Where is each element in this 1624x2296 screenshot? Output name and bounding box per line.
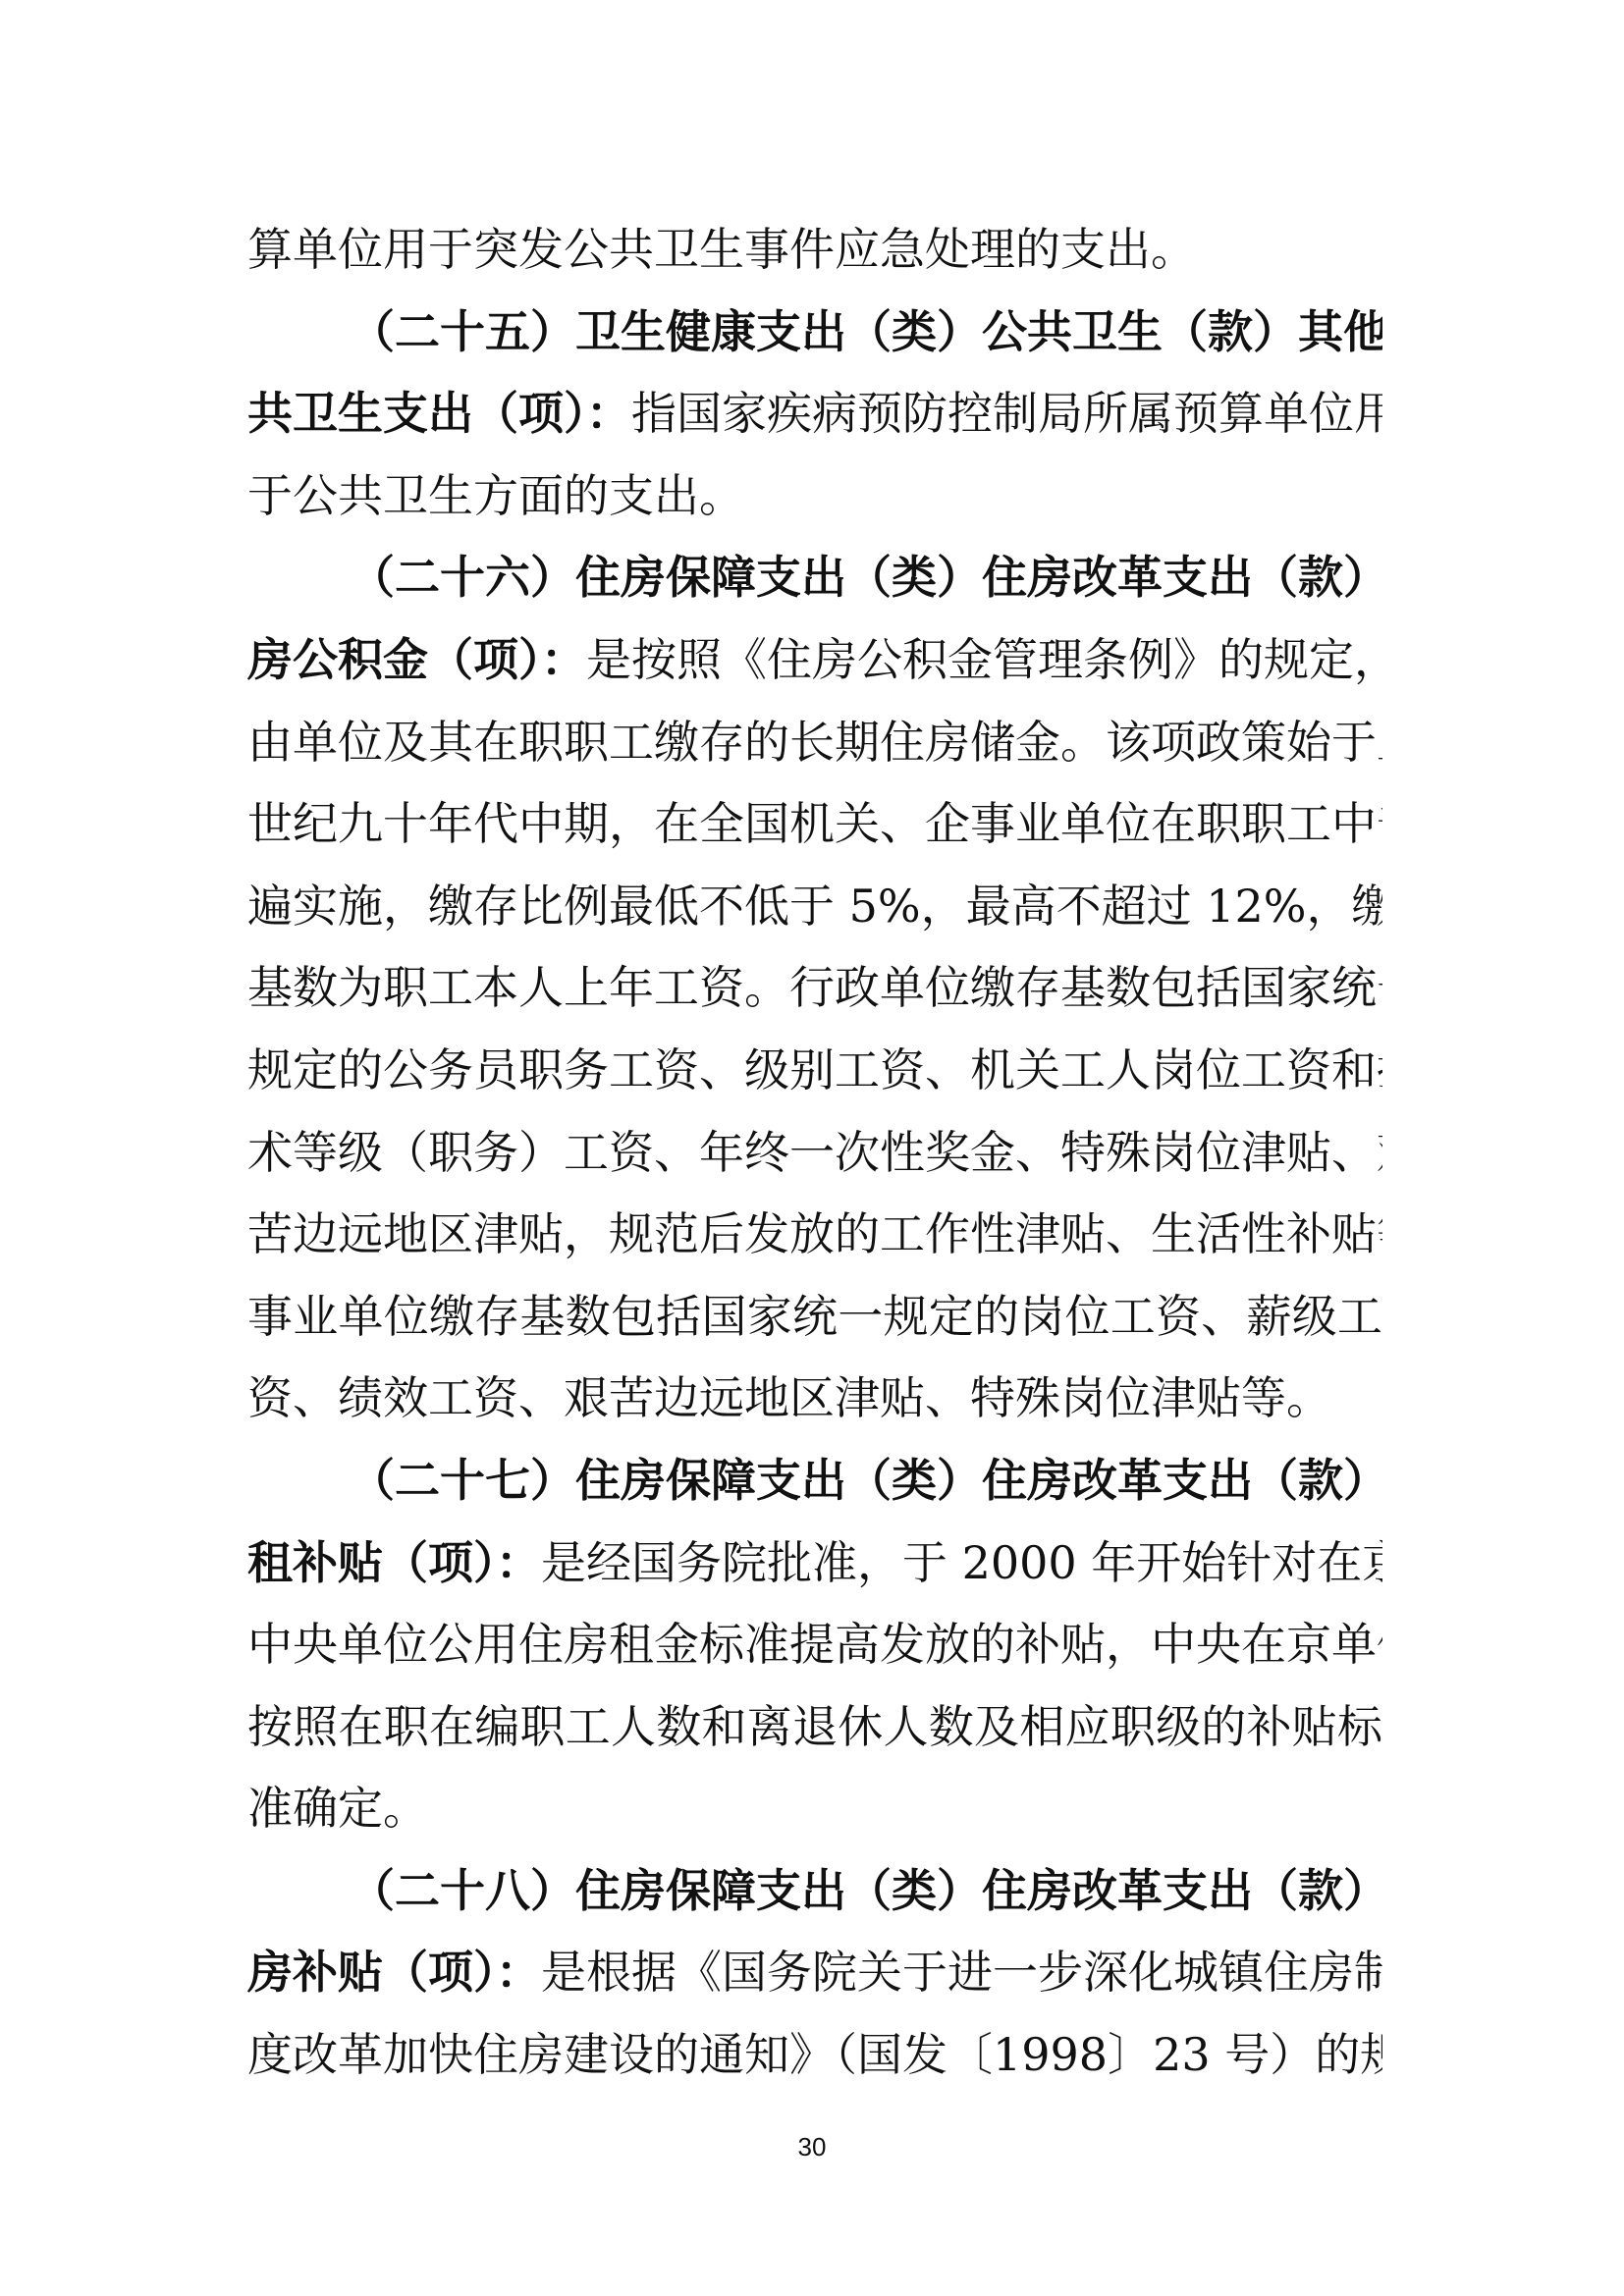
body-text: 是根据《国务院关于进一步深化城镇住房制 — [541, 1946, 1382, 1999]
item-heading: （二十八）住房保障支出（类）住房改革支出（款）购 — [350, 1864, 1382, 1917]
body-text: 按照在职在编职工人数和离退休人数及相应职级的补贴标 — [247, 1700, 1382, 1753]
item-heading: （二十五）卫生健康支出（类）公共卫生（款）其他公 — [350, 305, 1382, 358]
text-line: 中央单位公用住房租金标准提高发放的补贴，中央在京单位 — [247, 1604, 1382, 1686]
body-text: 事业单位缴存基数包括国家统一规定的岗位工资、薪级工 — [247, 1290, 1382, 1343]
body-text: 世纪九十年代中期，在全国机关、企事业单位在职职工中普 — [247, 797, 1382, 850]
paragraph-p-28: （二十八）住房保障支出（类）住房改革支出（款）购房补贴（项）：是根据《国务院关于… — [247, 1850, 1382, 2097]
item-heading: 共卫生支出（项）： — [247, 387, 631, 440]
body-text: 资、绩效工资、艰苦边远地区津贴、特殊岗位津贴等。 — [247, 1371, 1331, 1424]
text-line: 度改革加快住房建设的通知》（国发〔1998〕23 号）的规定， — [247, 2014, 1382, 2097]
text-line: 基数为职工本人上年工资。行政单位缴存基数包括国家统一 — [247, 947, 1382, 1030]
text-line: （二十五）卫生健康支出（类）公共卫生（款）其他公 — [247, 292, 1382, 374]
body-text: 是按照《住房公积金管理条例》的规定， — [586, 633, 1382, 686]
item-heading: 房补贴（项）： — [247, 1946, 541, 1999]
text-line: 术等级（职务）工资、年终一次性奖金、特殊岗位津贴、艰 — [247, 1112, 1382, 1195]
body-text: 苦边远地区津贴，规范后发放的工作性津贴、生活性补贴等； — [247, 1207, 1382, 1260]
document-page: 算单位用于突发公共卫生事件应急处理的支出。（二十五）卫生健康支出（类）公共卫生（… — [0, 0, 1624, 2296]
body-text: 中央单位公用住房租金标准提高发放的补贴，中央在京单位 — [247, 1618, 1382, 1671]
text-line: 事业单位缴存基数包括国家统一规定的岗位工资、薪级工 — [247, 1276, 1382, 1359]
text-line: 苦边远地区津贴，规范后发放的工作性津贴、生活性补贴等； — [247, 1194, 1382, 1276]
page-number: 30 — [0, 2132, 1624, 2163]
text-line: 规定的公务员职务工资、级别工资、机关工人岗位工资和技 — [247, 1030, 1382, 1112]
paragraph-p-26: （二十六）住房保障支出（类）住房改革支出（款）住房公积金（项）：是按照《住房公积… — [247, 537, 1382, 1440]
text-line: （二十七）住房保障支出（类）住房改革支出（款）提 — [247, 1440, 1382, 1522]
text-line: （二十八）住房保障支出（类）住房改革支出（款）购 — [247, 1850, 1382, 1933]
body-text: 规定的公务员职务工资、级别工资、机关工人岗位工资和技 — [247, 1043, 1382, 1096]
body-text: 遍实施，缴存比例最低不低于 5%，最高不超过 12%，缴存 — [247, 880, 1382, 933]
text-line: 准确定。 — [247, 1768, 1382, 1850]
text-line: 资、绩效工资、艰苦边远地区津贴、特殊岗位津贴等。 — [247, 1358, 1382, 1440]
body-text: 指国家疾病预防控制局所属预算单位用 — [631, 387, 1382, 440]
text-line: 房补贴（项）：是根据《国务院关于进一步深化城镇住房制 — [247, 1932, 1382, 2014]
body-text: 由单位及其在职职工缴存的长期住房储金。该项政策始于上 — [247, 716, 1382, 769]
text-line: 遍实施，缴存比例最低不低于 5%，最高不超过 12%，缴存 — [247, 866, 1382, 948]
text-line: 共卫生支出（项）：指国家疾病预防控制局所属预算单位用 — [247, 373, 1382, 455]
text-line: 房公积金（项）：是按照《住房公积金管理条例》的规定， — [247, 619, 1382, 702]
body-text: 度改革加快住房建设的通知》（国发〔1998〕23 号）的规定， — [247, 2028, 1382, 2081]
text-line: 由单位及其在职职工缴存的长期住房储金。该项政策始于上 — [247, 702, 1382, 784]
paragraph-p-27: （二十七）住房保障支出（类）住房改革支出（款）提租补贴（项）：是经国务院批准，于… — [247, 1440, 1382, 1850]
body-text: 于公共卫生方面的支出。 — [247, 469, 744, 522]
item-heading: （二十七）住房保障支出（类）住房改革支出（款）提 — [350, 1454, 1382, 1507]
text-line: 世纪九十年代中期，在全国机关、企事业单位在职职工中普 — [247, 783, 1382, 866]
document-body: 算单位用于突发公共卫生事件应急处理的支出。（二十五）卫生健康支出（类）公共卫生（… — [247, 209, 1382, 2097]
paragraph-p-continuation: 算单位用于突发公共卫生事件应急处理的支出。 — [247, 209, 1382, 292]
body-text: 基数为职工本人上年工资。行政单位缴存基数包括国家统一 — [247, 961, 1382, 1014]
item-heading: 房公积金（项）： — [247, 633, 586, 686]
text-line: （二十六）住房保障支出（类）住房改革支出（款）住 — [247, 537, 1382, 619]
text-line: 租补贴（项）：是经国务院批准，于 2000 年开始针对在京 — [247, 1522, 1382, 1605]
item-heading: （二十六）住房保障支出（类）住房改革支出（款）住 — [350, 551, 1382, 604]
item-heading: 租补贴（项）： — [247, 1536, 541, 1589]
text-line: 按照在职在编职工人数和离退休人数及相应职级的补贴标 — [247, 1686, 1382, 1769]
text-line: 于公共卫生方面的支出。 — [247, 455, 1382, 538]
body-text: 术等级（职务）工资、年终一次性奖金、特殊岗位津贴、艰 — [247, 1126, 1382, 1179]
text-line: 算单位用于突发公共卫生事件应急处理的支出。 — [247, 209, 1382, 292]
body-text: 准确定。 — [247, 1782, 428, 1835]
body-text: 算单位用于突发公共卫生事件应急处理的支出。 — [247, 223, 1196, 276]
body-text: 是经国务院批准，于 2000 年开始针对在京 — [541, 1536, 1382, 1589]
paragraph-p-25: （二十五）卫生健康支出（类）公共卫生（款）其他公共卫生支出（项）：指国家疾病预防… — [247, 292, 1382, 538]
